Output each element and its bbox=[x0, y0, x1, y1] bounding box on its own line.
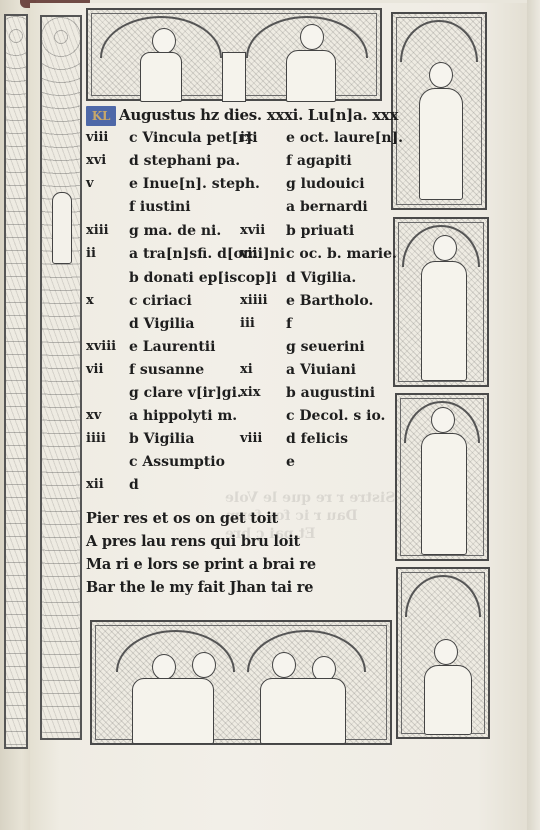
bottom-banner-friars-woodcut bbox=[90, 620, 392, 745]
verse-line: Pier res et os on get toit bbox=[86, 510, 278, 527]
top-banner-woodcut bbox=[86, 8, 382, 101]
verse-line: Bar the le my fait Jhan tai re bbox=[86, 579, 313, 596]
verse-line: Ma ri e lors se print a brai re bbox=[86, 556, 316, 573]
show-through-text: Sistre r re que le Vole bbox=[225, 490, 395, 506]
page-fore-edge bbox=[527, 0, 540, 830]
saint-john-woodcut bbox=[395, 393, 489, 561]
virgin-and-apostles-woodcut bbox=[391, 12, 487, 210]
month-heading-text: Augustus hz dies. xxxi. Lu[n]a. xxx bbox=[119, 106, 398, 124]
verse-line: A pres lau rens qui bru loit bbox=[86, 533, 300, 550]
left-floral-border-woodcut bbox=[40, 15, 82, 740]
month-heading: KLAugustus hz dies. xxxi. Lu[n]a. xxx bbox=[86, 106, 398, 128]
saint-lawrence-woodcut bbox=[393, 217, 489, 387]
climbing-figure-icon bbox=[52, 192, 72, 264]
saint-bartholomew-woodcut bbox=[396, 567, 490, 739]
illuminated-initial: KL bbox=[86, 106, 116, 126]
facing-page-border-woodcut bbox=[4, 14, 28, 749]
